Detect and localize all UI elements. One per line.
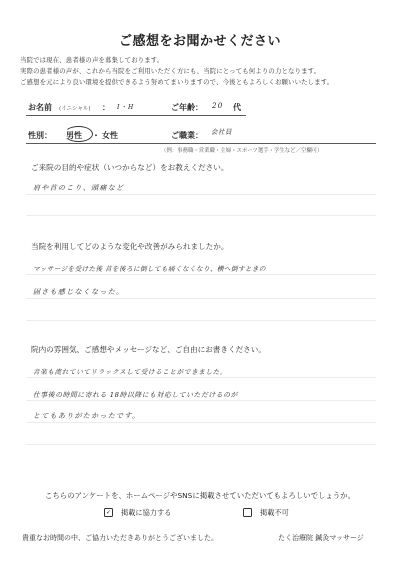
name-colon: ： (102, 102, 110, 113)
name-label: お名前 (28, 102, 52, 113)
question-3-prompt: 院内の雰囲気、ご感想やメッセージなど、ご自由にお書きください。 (31, 344, 266, 355)
question-2-rule-3 (26, 320, 376, 321)
question-3-rule-2 (26, 400, 376, 401)
consent-option-decline-label: 掲載不可 (260, 508, 289, 518)
question-2-answer-line-2[interactable]: 固さも感じなくなった。 (33, 287, 124, 297)
question-2-answer-line-1[interactable]: マッサージを受けた後 首を後ろに倒しても痛くなくなり、横へ倒すときの (33, 263, 266, 273)
question-3-rule-3 (26, 422, 376, 423)
name-hint: (イニシャル) (59, 104, 90, 112)
question-3-rule-1 (26, 377, 376, 378)
intro-line-2: 実際の患者様の声が、これから当院をご利用いただく方にも、当院にとっても何よりの力… (20, 66, 320, 75)
clinic-name: たく治療院 鍼灸マッサージ (278, 533, 364, 543)
form-title: ご感想をお聞かせください (0, 30, 400, 49)
age-suffix: 代 (233, 102, 241, 113)
consent-question: こちらのアンケートを、ホームページやSNSに掲載させていただいてもよろしいでしょ… (0, 490, 400, 501)
name-value[interactable]: I・H (117, 102, 135, 111)
thanks-message: 貴重なお時間の中、ご協力いただきありがとうございました。 (22, 533, 218, 543)
age-label: ご年齢： (171, 102, 203, 113)
age-value[interactable]: 20 (212, 102, 224, 110)
intro-line-3: ご感想を元により良い環境を提供できるよう努めてまいりますので、今後ともよろしくお… (20, 77, 333, 86)
question-3-answer-line-3[interactable]: とてもありがたかったです。 (33, 411, 140, 421)
question-1-rule-2 (26, 215, 376, 216)
gender-label: 性別： (28, 130, 52, 141)
checkbox-agree-checked[interactable]: ✓ (104, 508, 113, 517)
question-1-answer-line-1[interactable]: 肩や首のこり、頭痛など (33, 183, 124, 193)
selected-circle-mark (64, 126, 93, 142)
occupation-label: ご職業： (171, 130, 203, 141)
question-3-answer-line-1[interactable]: 音楽も流れていてリラックスして受けることができました。 (33, 366, 227, 376)
checkbox-decline-unchecked[interactable] (243, 508, 252, 517)
question-1-rule-1 (26, 194, 376, 195)
question-2-rule-1 (26, 274, 376, 275)
question-3-answer-line-2[interactable]: 仕事後の時間に寄れる 18時以降にも対応していただけるのが (33, 389, 238, 399)
name-age-underline (26, 115, 246, 116)
gender-occupation-underline (26, 143, 376, 144)
gender-separator: ・ (92, 130, 100, 141)
question-1-prompt: ご来院の目的や症状（いつからなど）をお教えください。 (31, 162, 228, 173)
question-2-rule-2 (26, 298, 376, 299)
gender-option-female[interactable]: 女性 (102, 130, 118, 141)
intro-line-1: 当院では現在、患者様の声を募集しております。 (20, 55, 163, 64)
consent-option-agree-label: 掲載に協力する (121, 508, 171, 518)
occupation-value[interactable]: 会社員 (211, 127, 232, 136)
question-3-rule-4 (26, 444, 376, 445)
occupation-example: （例：事務職・営業職・主婦・スポーツ選手・学生など／空欄可） (161, 146, 323, 154)
question-2-prompt: 当院を利用してどのような変化や改善がみられましたか。 (31, 241, 228, 252)
